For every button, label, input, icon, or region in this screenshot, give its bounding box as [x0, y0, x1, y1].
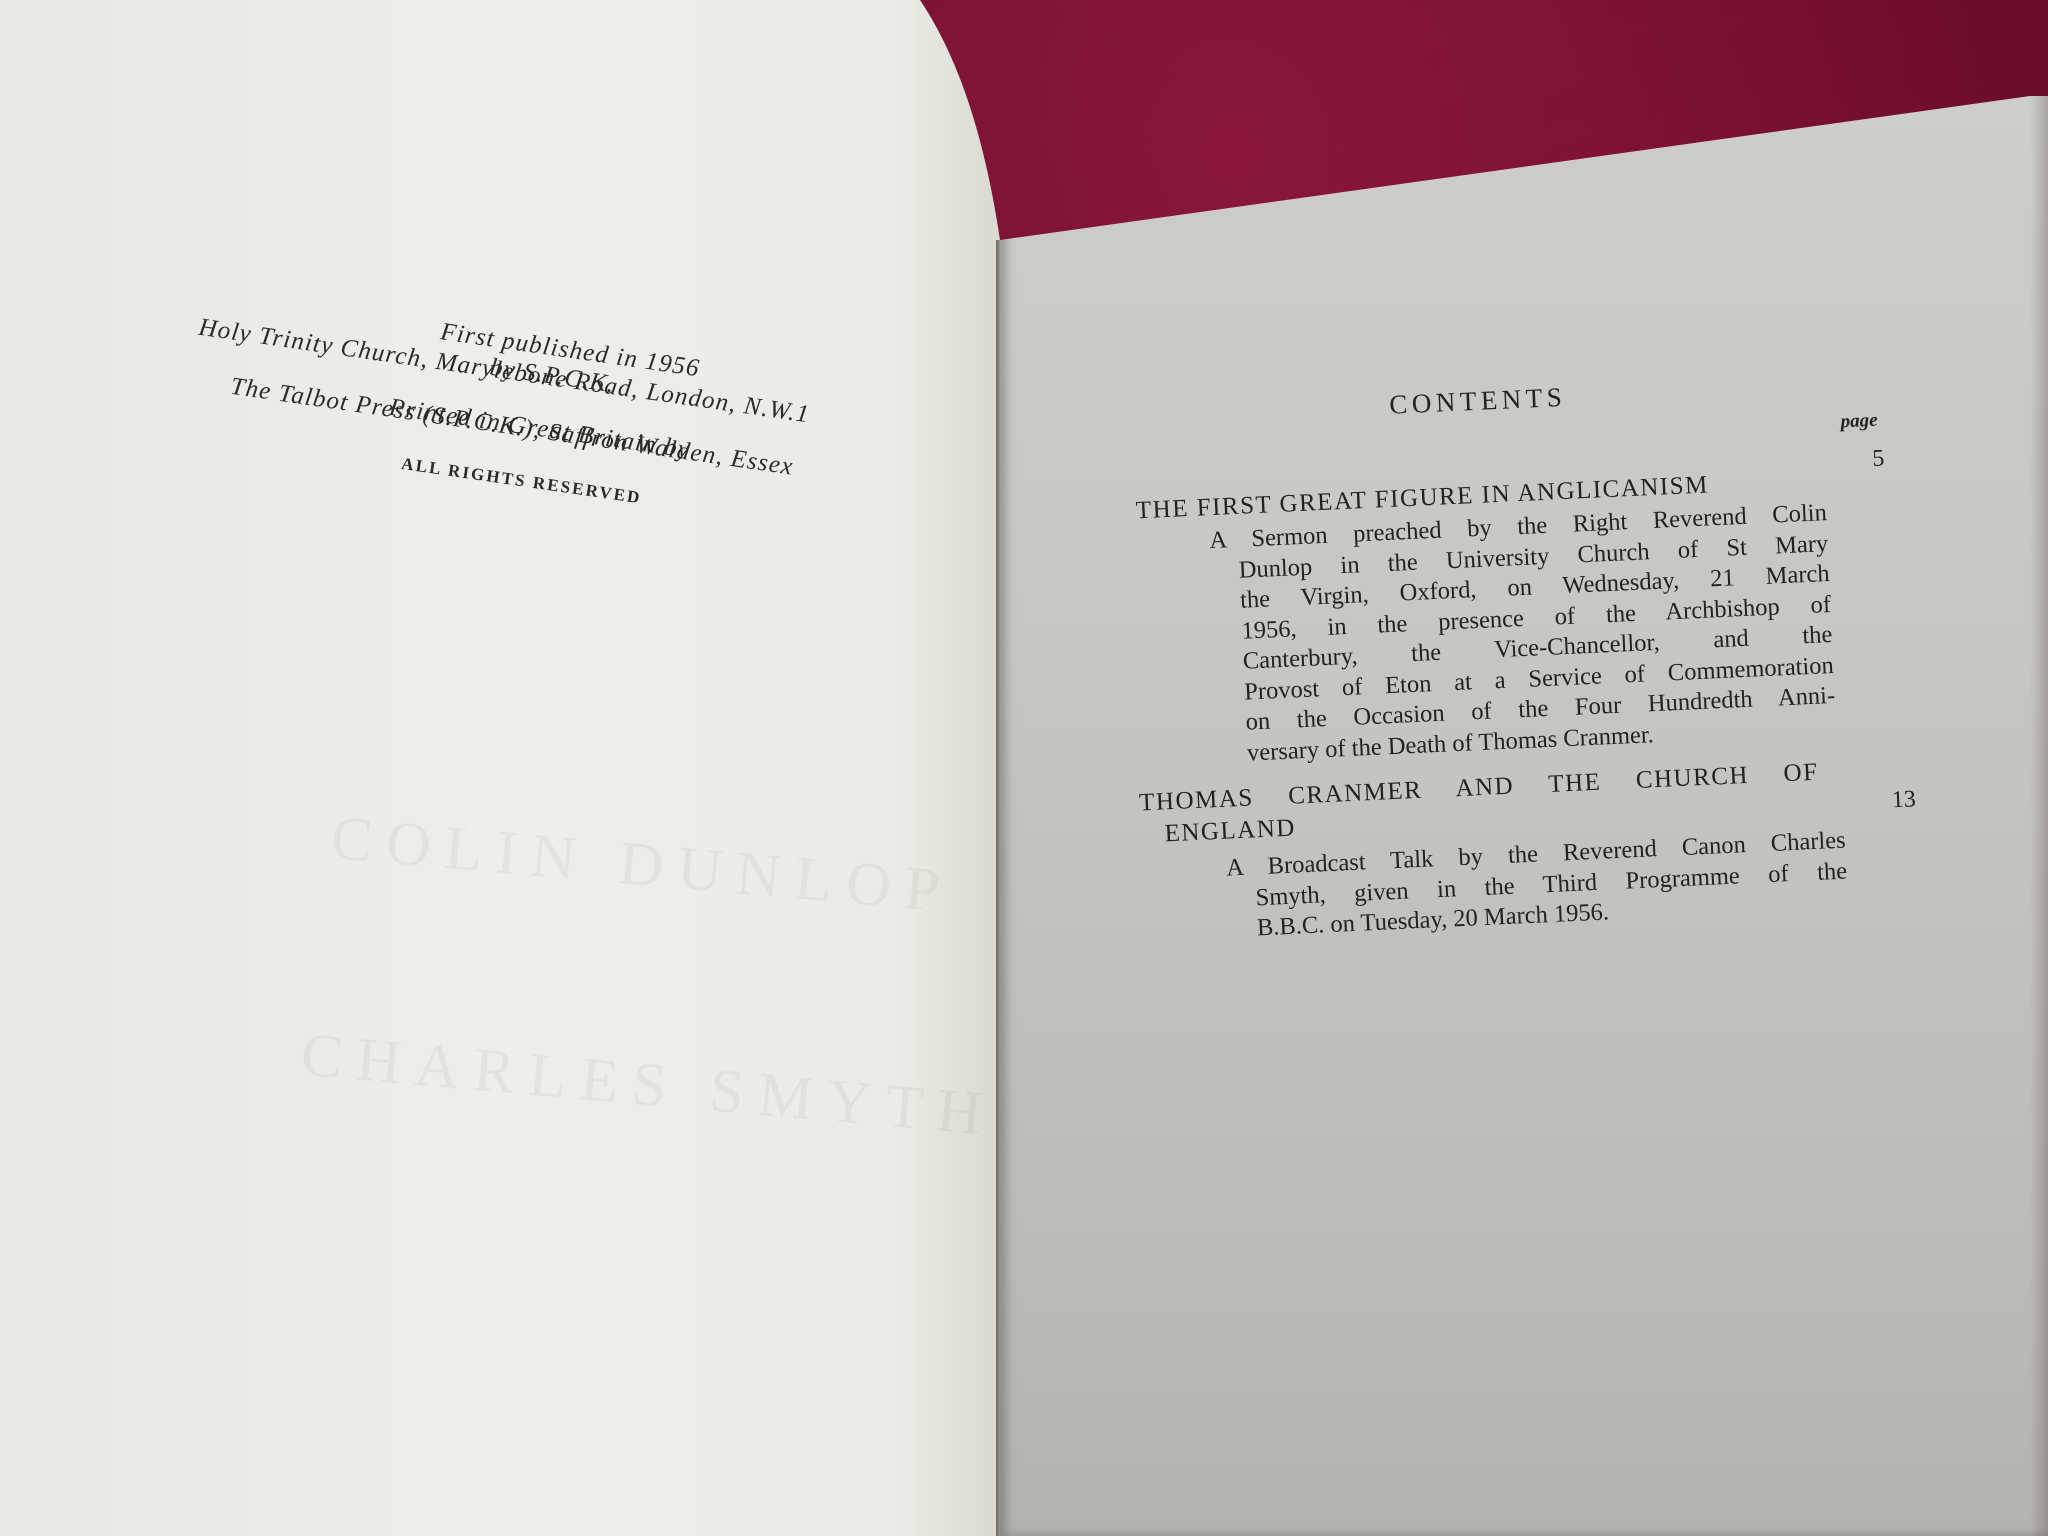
table-of-contents: CONTENTS page THE FIRST GREAT FIGURE IN … [1120, 344, 1945, 940]
toc-entry-page-number: 5 [1872, 445, 1885, 473]
bleed-through-text: CHARLES SMYTH [298, 1020, 999, 1151]
toc-entry-title: THOMAS CRANMER AND THE CHURCH OF [1139, 759, 1820, 818]
colophon-rights-reserved: ALL RIGHTS RESERVED [400, 455, 642, 506]
page-column-label: page [1840, 410, 1878, 434]
left-page: COLIN DUNLOP CHARLES SMYTH First publish… [0, 0, 1000, 1536]
toc-entry-page-number: 13 [1891, 786, 1916, 814]
toc-entry-description: A Sermon preached by the Right Reverend … [1237, 498, 1837, 769]
toc-entry-title-continued: ENGLAND [1164, 814, 1296, 848]
page-edge-shadow [2030, 96, 2048, 1536]
book-spine-gutter [996, 240, 1000, 1536]
contents-heading: CONTENTS [1389, 382, 1567, 421]
colophon: First published in 1956 by S.P.C.K. Holy… [205, 285, 898, 385]
bleed-through-text: COLIN DUNLOP [328, 803, 956, 928]
